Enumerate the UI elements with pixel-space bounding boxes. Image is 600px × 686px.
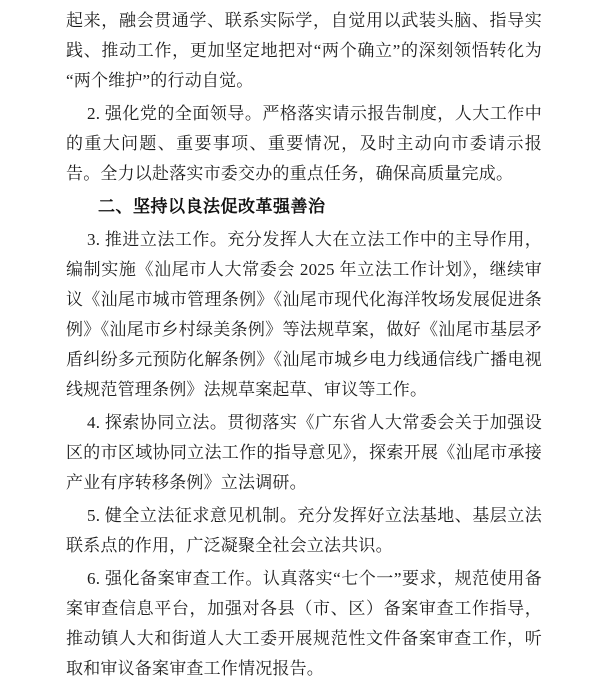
para-record-review-work: 6. 强化备案审查工作。认真落实“七个一”要求，规范使用备案审查信息平台，加强对… — [66, 564, 542, 684]
para-strengthen-party-leadership: 2. 强化党的全面领导。严格落实请示报告制度，人大工作中的重大问题、重要事项、重… — [66, 99, 542, 189]
document-content: 起来，融会贯通学、联系实际学，自觉用以武装头脑、指导实践、推动工作，更加坚定地把… — [66, 6, 542, 684]
para-advance-legislation: 3. 推进立法工作。充分发挥人大在立法工作中的主导作用，编制实施《汕尾市人大常委… — [66, 225, 542, 405]
para-opening-continuation: 起来，融会贯通学、联系实际学，自觉用以武装头脑、指导实践、推动工作，更加坚定地把… — [66, 6, 542, 96]
section-heading: 二、坚持以良法促改革强善治 — [66, 192, 542, 222]
document-page: 起来，融会贯通学、联系实际学，自觉用以武装头脑、指导实践、推动工作，更加坚定地把… — [0, 0, 600, 686]
para-opinion-solicitation-mechanism: 5. 健全立法征求意见机制。充分发挥好立法基地、基层立法联系点的作用，广泛凝聚全… — [66, 501, 542, 561]
para-collaborative-legislation: 4. 探索协同立法。贯彻落实《广东省人大常委会关于加强设区的市区域协同立法工作的… — [66, 408, 542, 498]
